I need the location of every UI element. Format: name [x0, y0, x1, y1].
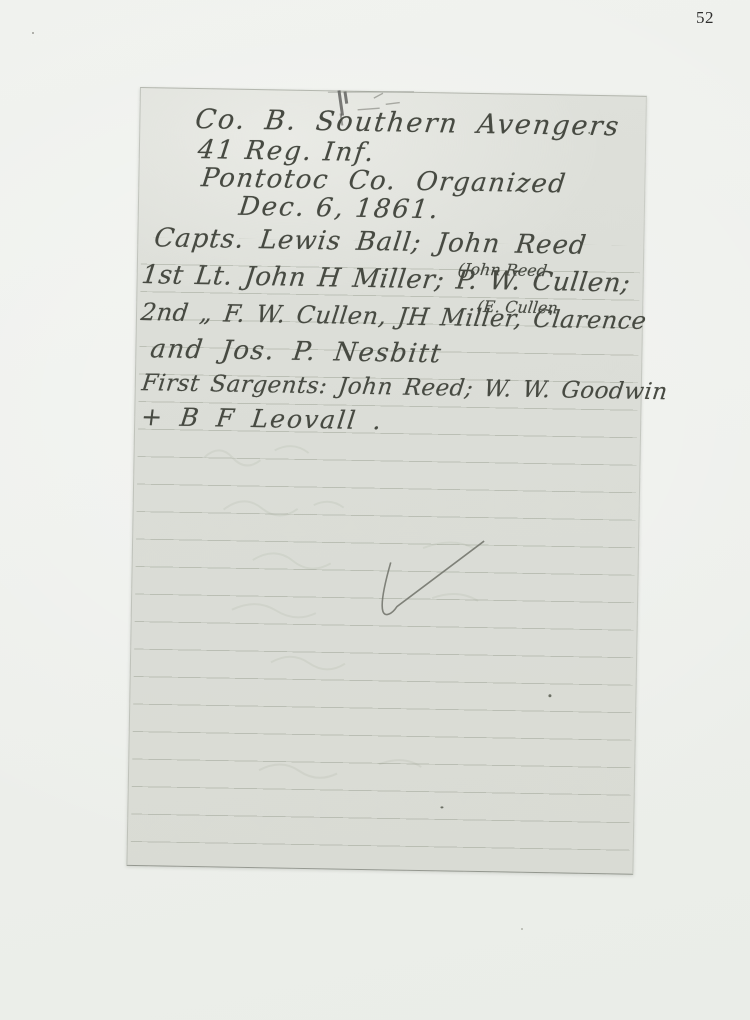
ink-speck [548, 694, 551, 697]
scanned-note-paper: Co. B. Southern Avengers 41 Reg. Inf. Po… [126, 87, 647, 875]
dust-speck [32, 32, 34, 34]
dust-speck [521, 928, 523, 930]
handwriting-line: + B F Leovall . [139, 402, 384, 435]
ink-speck [440, 806, 443, 808]
page-number: 52 [696, 8, 714, 28]
handwriting-line: Dec. 6, 1861. [237, 192, 441, 225]
scanned-page: 52 Co. B. Sout [0, 0, 750, 1020]
ink-speck [588, 132, 590, 134]
handwriting-line: and Jos. P. Nesbitt [149, 334, 444, 369]
